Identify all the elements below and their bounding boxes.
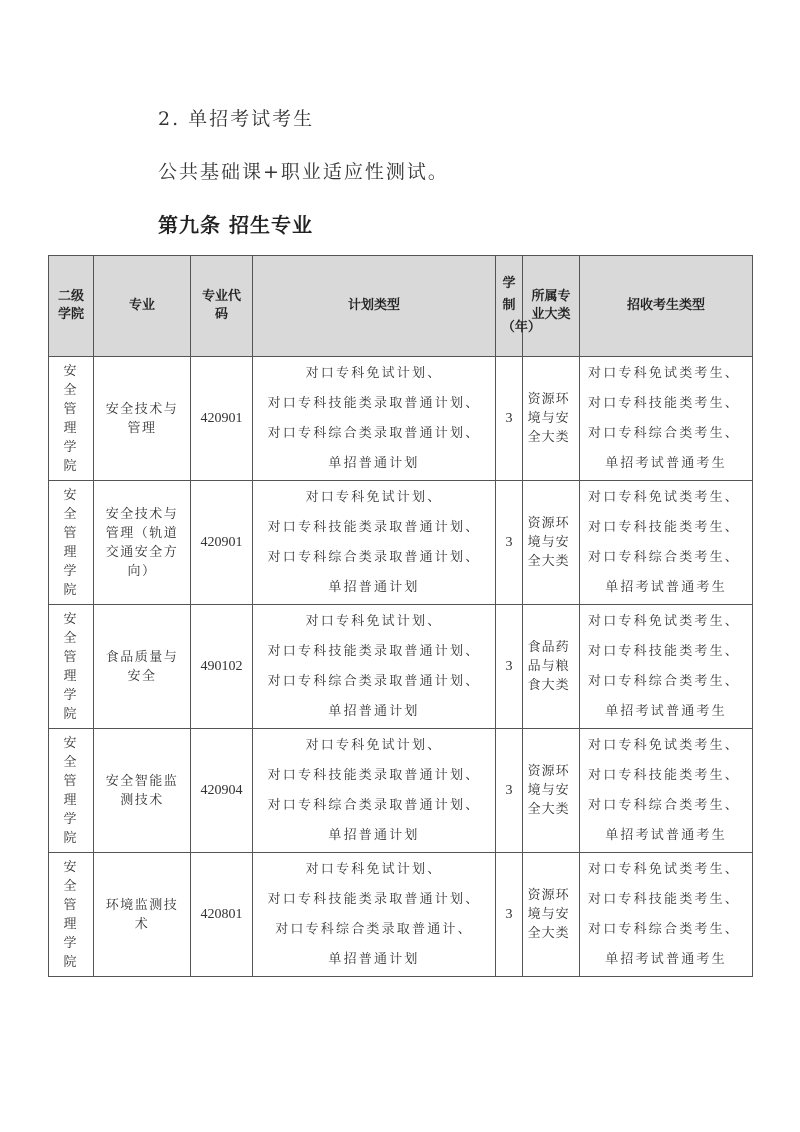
code-cell: 420904 — [191, 729, 253, 853]
student-type-line: 单招考试普通考生 — [580, 697, 752, 727]
plan-type-line: 对口专科技能类录取普通计划、 — [253, 637, 495, 667]
student-type-line: 单招考试普通考生 — [580, 821, 752, 851]
header-code: 专业代码 — [191, 256, 253, 357]
student-type-line: 对口专科技能类考生、 — [580, 637, 752, 667]
student-type-line: 单招考试普通考生 — [580, 573, 752, 603]
plan-type-line: 对口专科技能类录取普通计划、 — [253, 761, 495, 791]
student-type-line: 对口专科综合类考生、 — [580, 667, 752, 697]
major-cell: 安全技术与管理（轨道交通安全方向） — [94, 481, 191, 605]
student-type-line: 对口专科免试类考生、 — [580, 855, 752, 885]
plan-types-cell: 对口专科免试计划、对口专科技能类录取普通计划、对口专科综合类录取普通计、单招普通… — [253, 853, 496, 977]
plan-types-cell: 对口专科免试计划、对口专科技能类录取普通计划、对口专科综合类录取普通计划、单招普… — [253, 605, 496, 729]
plan-type-line: 单招普通计划 — [253, 945, 495, 975]
plan-type-line: 对口专科综合类录取普通计划、 — [253, 791, 495, 821]
code-cell: 490102 — [191, 605, 253, 729]
category-cell: 资源环境与安全大类 — [523, 481, 580, 605]
major-cell: 安全智能监测技术 — [94, 729, 191, 853]
category-cell: 食品药品与粮食大类 — [523, 605, 580, 729]
section-heading: 第九条 招生专业 — [158, 209, 313, 238]
header-student-type: 招收考生类型 — [580, 256, 753, 357]
student-type-line: 对口专科综合类考生、 — [580, 915, 752, 945]
table-row: 安全管理学院 食品质量与安全 490102 对口专科免试计划、对口专科技能类录取… — [49, 605, 753, 729]
table-row: 安全管理学院 安全智能监测技术 420904 对口专科免试计划、对口专科技能类录… — [49, 729, 753, 853]
header-college: 二级学院 — [49, 256, 94, 357]
college-cell: 安全管理学院 — [49, 605, 94, 729]
plan-type-line: 对口专科综合类录取普通计划、 — [253, 419, 495, 449]
student-type-line: 对口专科免试类考生、 — [580, 607, 752, 637]
student-types-cell: 对口专科免试类考生、对口专科技能类考生、对口专科综合类考生、单招考试普通考生 — [580, 853, 753, 977]
category-cell: 资源环境与安全大类 — [523, 729, 580, 853]
plan-type-line: 对口专科综合类录取普通计划、 — [253, 667, 495, 697]
header-plan-type: 计划类型 — [253, 256, 496, 357]
student-type-line: 对口专科综合类考生、 — [580, 419, 752, 449]
years-cell: 3 — [496, 853, 523, 977]
student-type-line: 对口专科技能类考生、 — [580, 885, 752, 915]
plan-type-line: 对口专科免试计划、 — [253, 731, 495, 761]
student-type-line: 对口专科免试类考生、 — [580, 731, 752, 761]
plan-type-line: 对口专科免试计划、 — [253, 483, 495, 513]
header-years: 学制（年） — [496, 256, 523, 357]
student-type-line: 对口专科免试类考生、 — [580, 483, 752, 513]
majors-table: 二级学院 专业 专业代码 计划类型 学制（年） 所属专业大类 招收考生类型 安全… — [48, 255, 753, 977]
years-cell: 3 — [496, 357, 523, 481]
plan-type-line: 对口专科综合类录取普通计划、 — [253, 543, 495, 573]
table-row: 安全管理学院 安全技术与管理（轨道交通安全方向） 420901 对口专科免试计划… — [49, 481, 753, 605]
student-type-line: 对口专科综合类考生、 — [580, 791, 752, 821]
college-cell: 安全管理学院 — [49, 481, 94, 605]
plan-type-line: 对口专科免试计划、 — [253, 855, 495, 885]
plan-type-line: 对口专科综合类录取普通计、 — [253, 915, 495, 945]
category-cell: 资源环境与安全大类 — [523, 357, 580, 481]
plan-type-line: 单招普通计划 — [253, 449, 495, 479]
student-types-cell: 对口专科免试类考生、对口专科技能类考生、对口专科综合类考生、单招考试普通考生 — [580, 729, 753, 853]
college-cell: 安全管理学院 — [49, 357, 94, 481]
header-major: 专业 — [94, 256, 191, 357]
code-cell: 420801 — [191, 853, 253, 977]
table-row: 安全管理学院 环境监测技术 420801 对口专科免试计划、对口专科技能类录取普… — [49, 853, 753, 977]
student-types-cell: 对口专科免试类考生、对口专科技能类考生、对口专科综合类考生、单招考试普通考生 — [580, 481, 753, 605]
years-cell: 3 — [496, 605, 523, 729]
years-cell: 3 — [496, 729, 523, 853]
college-cell: 安全管理学院 — [49, 729, 94, 853]
plan-type-line: 对口专科技能类录取普通计划、 — [253, 389, 495, 419]
student-types-cell: 对口专科免试类考生、对口专科技能类考生、对口专科综合类考生、单招考试普通考生 — [580, 357, 753, 481]
student-type-line: 单招考试普通考生 — [580, 449, 752, 479]
college-cell: 安全管理学院 — [49, 853, 94, 977]
years-cell: 3 — [496, 481, 523, 605]
plan-type-line: 对口专科技能类录取普通计划、 — [253, 885, 495, 915]
plan-type-line: 单招普通计划 — [253, 697, 495, 727]
plan-type-line: 单招普通计划 — [253, 573, 495, 603]
table-header-row: 二级学院 专业 专业代码 计划类型 学制（年） 所属专业大类 招收考生类型 — [49, 256, 753, 357]
plan-type-line: 单招普通计划 — [253, 821, 495, 851]
plan-type-line: 对口专科免试计划、 — [253, 359, 495, 389]
header-category: 所属专业大类 — [523, 256, 580, 357]
plan-types-cell: 对口专科免试计划、对口专科技能类录取普通计划、对口专科综合类录取普通计划、单招普… — [253, 729, 496, 853]
major-cell: 环境监测技术 — [94, 853, 191, 977]
paragraph-exam-subjects: 公共基础课+职业适应性测试。 — [158, 157, 449, 184]
code-cell: 420901 — [191, 357, 253, 481]
major-cell: 食品质量与安全 — [94, 605, 191, 729]
category-cell: 资源环境与安全大类 — [523, 853, 580, 977]
plan-types-cell: 对口专科免试计划、对口专科技能类录取普通计划、对口专科综合类录取普通计划、单招普… — [253, 481, 496, 605]
student-type-line: 对口专科综合类考生、 — [580, 543, 752, 573]
student-type-line: 对口专科免试类考生、 — [580, 359, 752, 389]
student-type-line: 对口专科技能类考生、 — [580, 389, 752, 419]
student-type-line: 单招考试普通考生 — [580, 945, 752, 975]
paragraph-exam-candidates: 2. 单招考试考生 — [158, 104, 314, 131]
plan-type-line: 对口专科技能类录取普通计划、 — [253, 513, 495, 543]
student-type-line: 对口专科技能类考生、 — [580, 513, 752, 543]
plan-type-line: 对口专科免试计划、 — [253, 607, 495, 637]
student-type-line: 对口专科技能类考生、 — [580, 761, 752, 791]
code-cell: 420901 — [191, 481, 253, 605]
plan-types-cell: 对口专科免试计划、对口专科技能类录取普通计划、对口专科综合类录取普通计划、单招普… — [253, 357, 496, 481]
major-cell: 安全技术与管理 — [94, 357, 191, 481]
student-types-cell: 对口专科免试类考生、对口专科技能类考生、对口专科综合类考生、单招考试普通考生 — [580, 605, 753, 729]
table-row: 安全管理学院 安全技术与管理 420901 对口专科免试计划、对口专科技能类录取… — [49, 357, 753, 481]
